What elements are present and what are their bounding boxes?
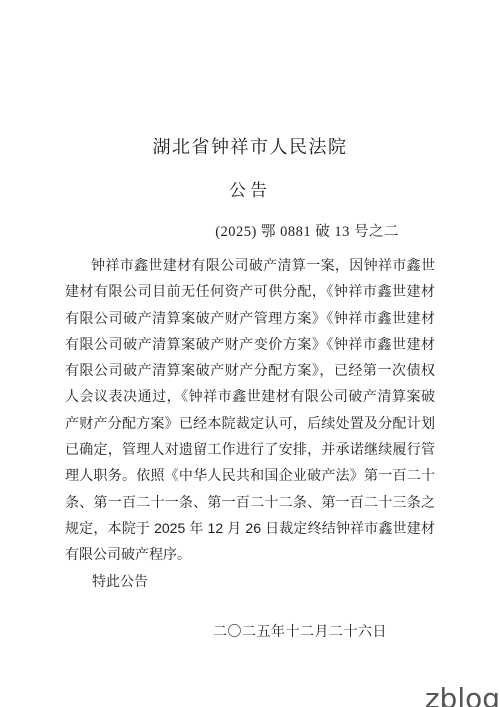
document-date: 二〇二五年十二月二十六日 — [65, 621, 435, 641]
body-line: 钟祥市鑫世建材有限公司破产清算一案，因钟祥市鑫世 — [65, 252, 435, 278]
zblog-watermark: zblog — [425, 685, 500, 707]
body-line: 建材有限公司目前无任何资产可供分配，《钟祥市鑫世建材 — [65, 278, 435, 304]
body-line: 有限公司破产清算案破产财产管理方案》《钟祥市鑫世建材 — [65, 305, 435, 331]
body-line: 理人职务。依照《中华人民共和国企业破产法》第一百二十 — [65, 462, 435, 488]
case-number-text: (2025) 鄂 0881 破 13 号之二 — [215, 220, 399, 241]
case-number: (2025) 鄂 0881 破 13 号之二 — [65, 220, 435, 241]
document-title: 公告 — [0, 176, 500, 201]
body-line: 有限公司破产清算案破产财产变价方案》《钟祥市鑫世建材 — [65, 331, 435, 357]
body-line: 有限公司破产程序。 — [65, 541, 435, 567]
closing-phrase: 特此公告 — [65, 568, 435, 594]
body-line: 产财产分配方案》已经本院裁定认可，后续处置及分配计划 — [65, 410, 435, 436]
body-line: 人会议表决通过，《钟祥市鑫世建材有限公司破产清算案破 — [65, 383, 435, 409]
body-line: 有限公司破产清算案破产财产分配方案》，已经第一次债权 — [65, 357, 435, 383]
body-line: 规定，本院于 2025 年 12 月 26 日裁定终结钟祥市鑫世建材 — [65, 515, 435, 541]
announcement-page: 湖北省钟祥市人民法院 公告 (2025) 鄂 0881 破 13 号之二 钟祥市… — [0, 0, 500, 707]
body-line: 条、第一百二十一条、第一百二十二条、第一百二十三条之 — [65, 489, 435, 515]
court-name: 湖北省钟祥市人民法院 — [0, 133, 500, 159]
body-line: 已确定，管理人对遗留工作进行了安排，并承诺继续履行管 — [65, 436, 435, 462]
announcement-body: 钟祥市鑫世建材有限公司破产清算一案，因钟祥市鑫世 建材有限公司目前无任何资产可供… — [65, 252, 435, 594]
